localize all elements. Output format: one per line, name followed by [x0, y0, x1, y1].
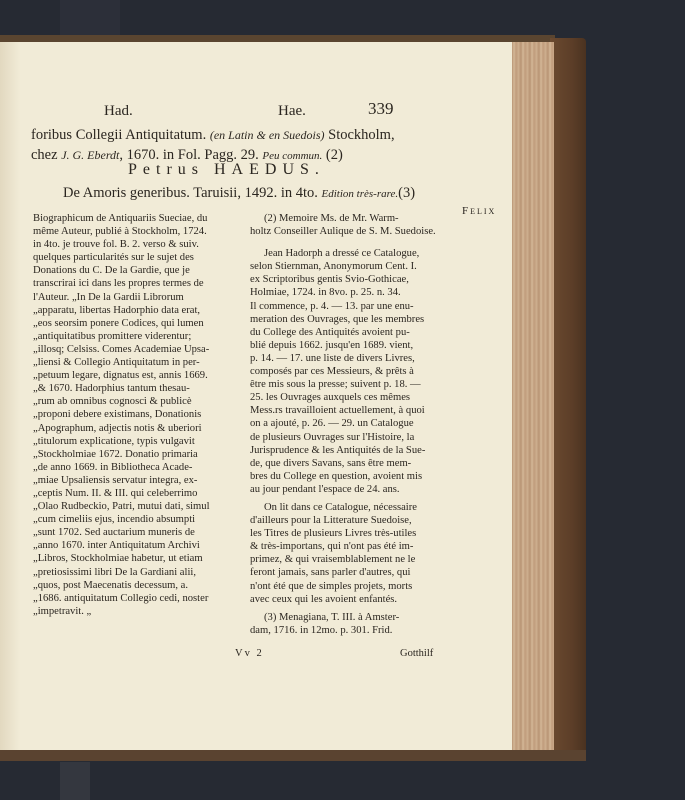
footnote-2: (2) Memoire Ms. de Mr. Warm- holtz Conse… [250, 212, 450, 238]
text-line: „Stockholmiae 1672. Donatio primaria [33, 448, 241, 461]
text-line: „1686. antiquitatum Collegio cedi, noste… [33, 592, 241, 605]
text-line: „ceptis Num. II. & III. qui celeberrimo [33, 487, 241, 500]
text-line: „illosq; Celsiss. Comes Academiae Upsa- [33, 343, 241, 356]
text-line: dam, 1716. in 12mo. p. 301. Frid. [250, 624, 450, 637]
text-line: (2) Memoire Ms. de Mr. Warm- [250, 212, 450, 225]
text-line: blié depuis 1662. jusqu'en 1689. vient, [250, 339, 450, 352]
page-fore-edge [510, 42, 554, 750]
text-line: & très-importans, qui n'ont pas été im- [250, 540, 450, 553]
left-column: Biographicum de Antiquariis Sueciae, du … [33, 212, 241, 618]
background-shadow [60, 762, 90, 800]
running-head-left: Had. [104, 104, 133, 118]
text-line: „impetravit. „ [33, 605, 241, 618]
text-line: Donations du C. De la Gardie, que je [33, 264, 241, 277]
book-page: Had. Hae. 339 foribus Collegii Antiquita… [0, 42, 512, 750]
entry-top-line1: foribus Collegii Antiquitatum. (en Latin… [31, 125, 395, 145]
text-line: n'ont été que de simples projets, morts [250, 580, 450, 593]
text-line: du College des Antiquités avoient pu- [250, 326, 450, 339]
text-line: primez, & qui vraisemblablement ne le [250, 553, 450, 566]
book-cover-right-edge [550, 38, 586, 760]
text-line: être mis sous la presse; suivent p. 18. … [250, 378, 450, 391]
text-line: l'Auteur. „In De la Gardii Librorum [33, 291, 241, 304]
text-line: 25. les Ouvrages auxquels ces mêmes [250, 391, 450, 404]
text-line: „Olao Rudbeckio, Patri, mutui dati, simu… [33, 500, 241, 513]
text-line: On lit dans ce Catalogue, nécessaire [250, 501, 450, 514]
text-line: „sunt 1702. Sed auctarium muneris de [33, 526, 241, 539]
text-line: „liensi & Collegio Antiquitatum in per- [33, 356, 241, 369]
text-line: „& 1670. Hadorphius tantum thesau- [33, 382, 241, 395]
text-line: (3) Menagiana, T. III. à Amster- [250, 611, 450, 624]
text-line: in 4to. je trouve fol. B. 2. verso & sui… [33, 238, 241, 251]
text-line: „miae Upsaliensis servatur integra, ex- [33, 474, 241, 487]
text-line: même Auteur, publié à Stockholm, 1724. [33, 225, 241, 238]
background-shadow [60, 0, 120, 40]
text-line: „titulorum explicatione, typis vulgavit [33, 435, 241, 448]
text-line: au jour pendant l'espace de 24. ans. [250, 483, 450, 496]
text-line: on a ajouté, p. 26. — 29. un Catalogue [250, 417, 450, 430]
catchword-bottom: Gotthilf [400, 647, 433, 661]
text-line: „quos, post Maecenatis decessum, a. [33, 579, 241, 592]
text-line: „pretiosissimi libri De la Gardiani alii… [33, 566, 241, 579]
text-line: „rum ab omnibus cognosci & publicè [33, 395, 241, 408]
text-line: Biographicum de Antiquariis Sueciae, du [33, 212, 241, 225]
text-line: „antiquitatibus promittere viderentur; [33, 330, 241, 343]
text-line: Holmiae, 1724. in 8vo. p. 25. n. 34. [250, 286, 450, 299]
entry-haedus-title: De Amoris generibus. Taruisii, 1492. in … [63, 183, 415, 204]
footnote-3: (3) Menagiana, T. III. à Amster- dam, 17… [250, 611, 450, 637]
text-line: „eos seorsim ponere Codices, qui lumen [33, 317, 241, 330]
text-line: composés par ces Messieurs, & prêts à [250, 365, 450, 378]
text-line: de plusieurs Ouvrages sur l'Histoire, la [250, 431, 450, 444]
page-number: 339 [368, 102, 394, 116]
text-line: „cum cimeliis ejus, incendio absumpti [33, 513, 241, 526]
text-line: avec ceux qui les avoient enfantés. [250, 593, 450, 606]
text-line: Jean Hadorph a dressé ce Catalogue, [250, 247, 450, 260]
text-line: „proponi debere existimans, Donationis [33, 408, 241, 421]
text-line: „anno 1670. inter Antiquitatum Archivi [33, 539, 241, 552]
paragraph-catalogue: Jean Hadorph a dressé ce Catalogue, selo… [250, 247, 450, 496]
text-line: „petuum legare, dignatus est, annis 1669… [33, 369, 241, 382]
signature-mark: Vv 2 [235, 647, 264, 661]
author-heading: Petrus HAEDUS. [128, 163, 325, 177]
catchword-top: Felix [462, 204, 496, 218]
text-line: „apparatu, libertas Hadorphio data erat, [33, 304, 241, 317]
text-line: bres du College en question, avoient mis [250, 470, 450, 483]
text-line: d'ailleurs pour la Litterature Suedoise, [250, 514, 450, 527]
text-line: Mess.rs travailloient actuellement, à qu… [250, 404, 450, 417]
text-line: Il commence, p. 4. — 13. par une enu- [250, 300, 450, 313]
text-line: „Apographum, adjectis notis & uberiori [33, 422, 241, 435]
text-line: les Titres de plusieurs Livres très-util… [250, 527, 450, 540]
text-line: selon Stiernman, Anonymorum Cent. I. [250, 260, 450, 273]
text-line: ex Scriptoribus gentis Svio-Gothicae, [250, 273, 450, 286]
gutter-shadow [0, 42, 20, 750]
text-line: „de anno 1669. in Bibliotheca Acade- [33, 461, 241, 474]
text-line: holtz Conseiller Aulique de S. M. Suedoi… [250, 225, 450, 238]
text-line: de, que divers Savans, sans être mem- [250, 457, 450, 470]
running-head-center: Hae. [278, 104, 306, 118]
paragraph-literature: On lit dans ce Catalogue, nécessaire d'a… [250, 501, 450, 606]
text-line: p. 14. — 17. une liste de divers Livres, [250, 352, 450, 365]
text-line: „Libros, Stockholmiae habetur, ut etiam [33, 552, 241, 565]
text-line: Jurisprudence & les Antiquités de la Sue… [250, 444, 450, 457]
text-line: quelques particularités sur le sujet des [33, 251, 241, 264]
text-line: feront jamais, sans parler d'autres, qui [250, 566, 450, 579]
right-column: (2) Memoire Ms. de Mr. Warm- holtz Conse… [250, 212, 450, 637]
book-cover-bottom-edge [0, 750, 586, 761]
text-line: transcrirai ici dans les propres termes … [33, 277, 241, 290]
text-line: meration des Ouvrages, que les membres [250, 313, 450, 326]
